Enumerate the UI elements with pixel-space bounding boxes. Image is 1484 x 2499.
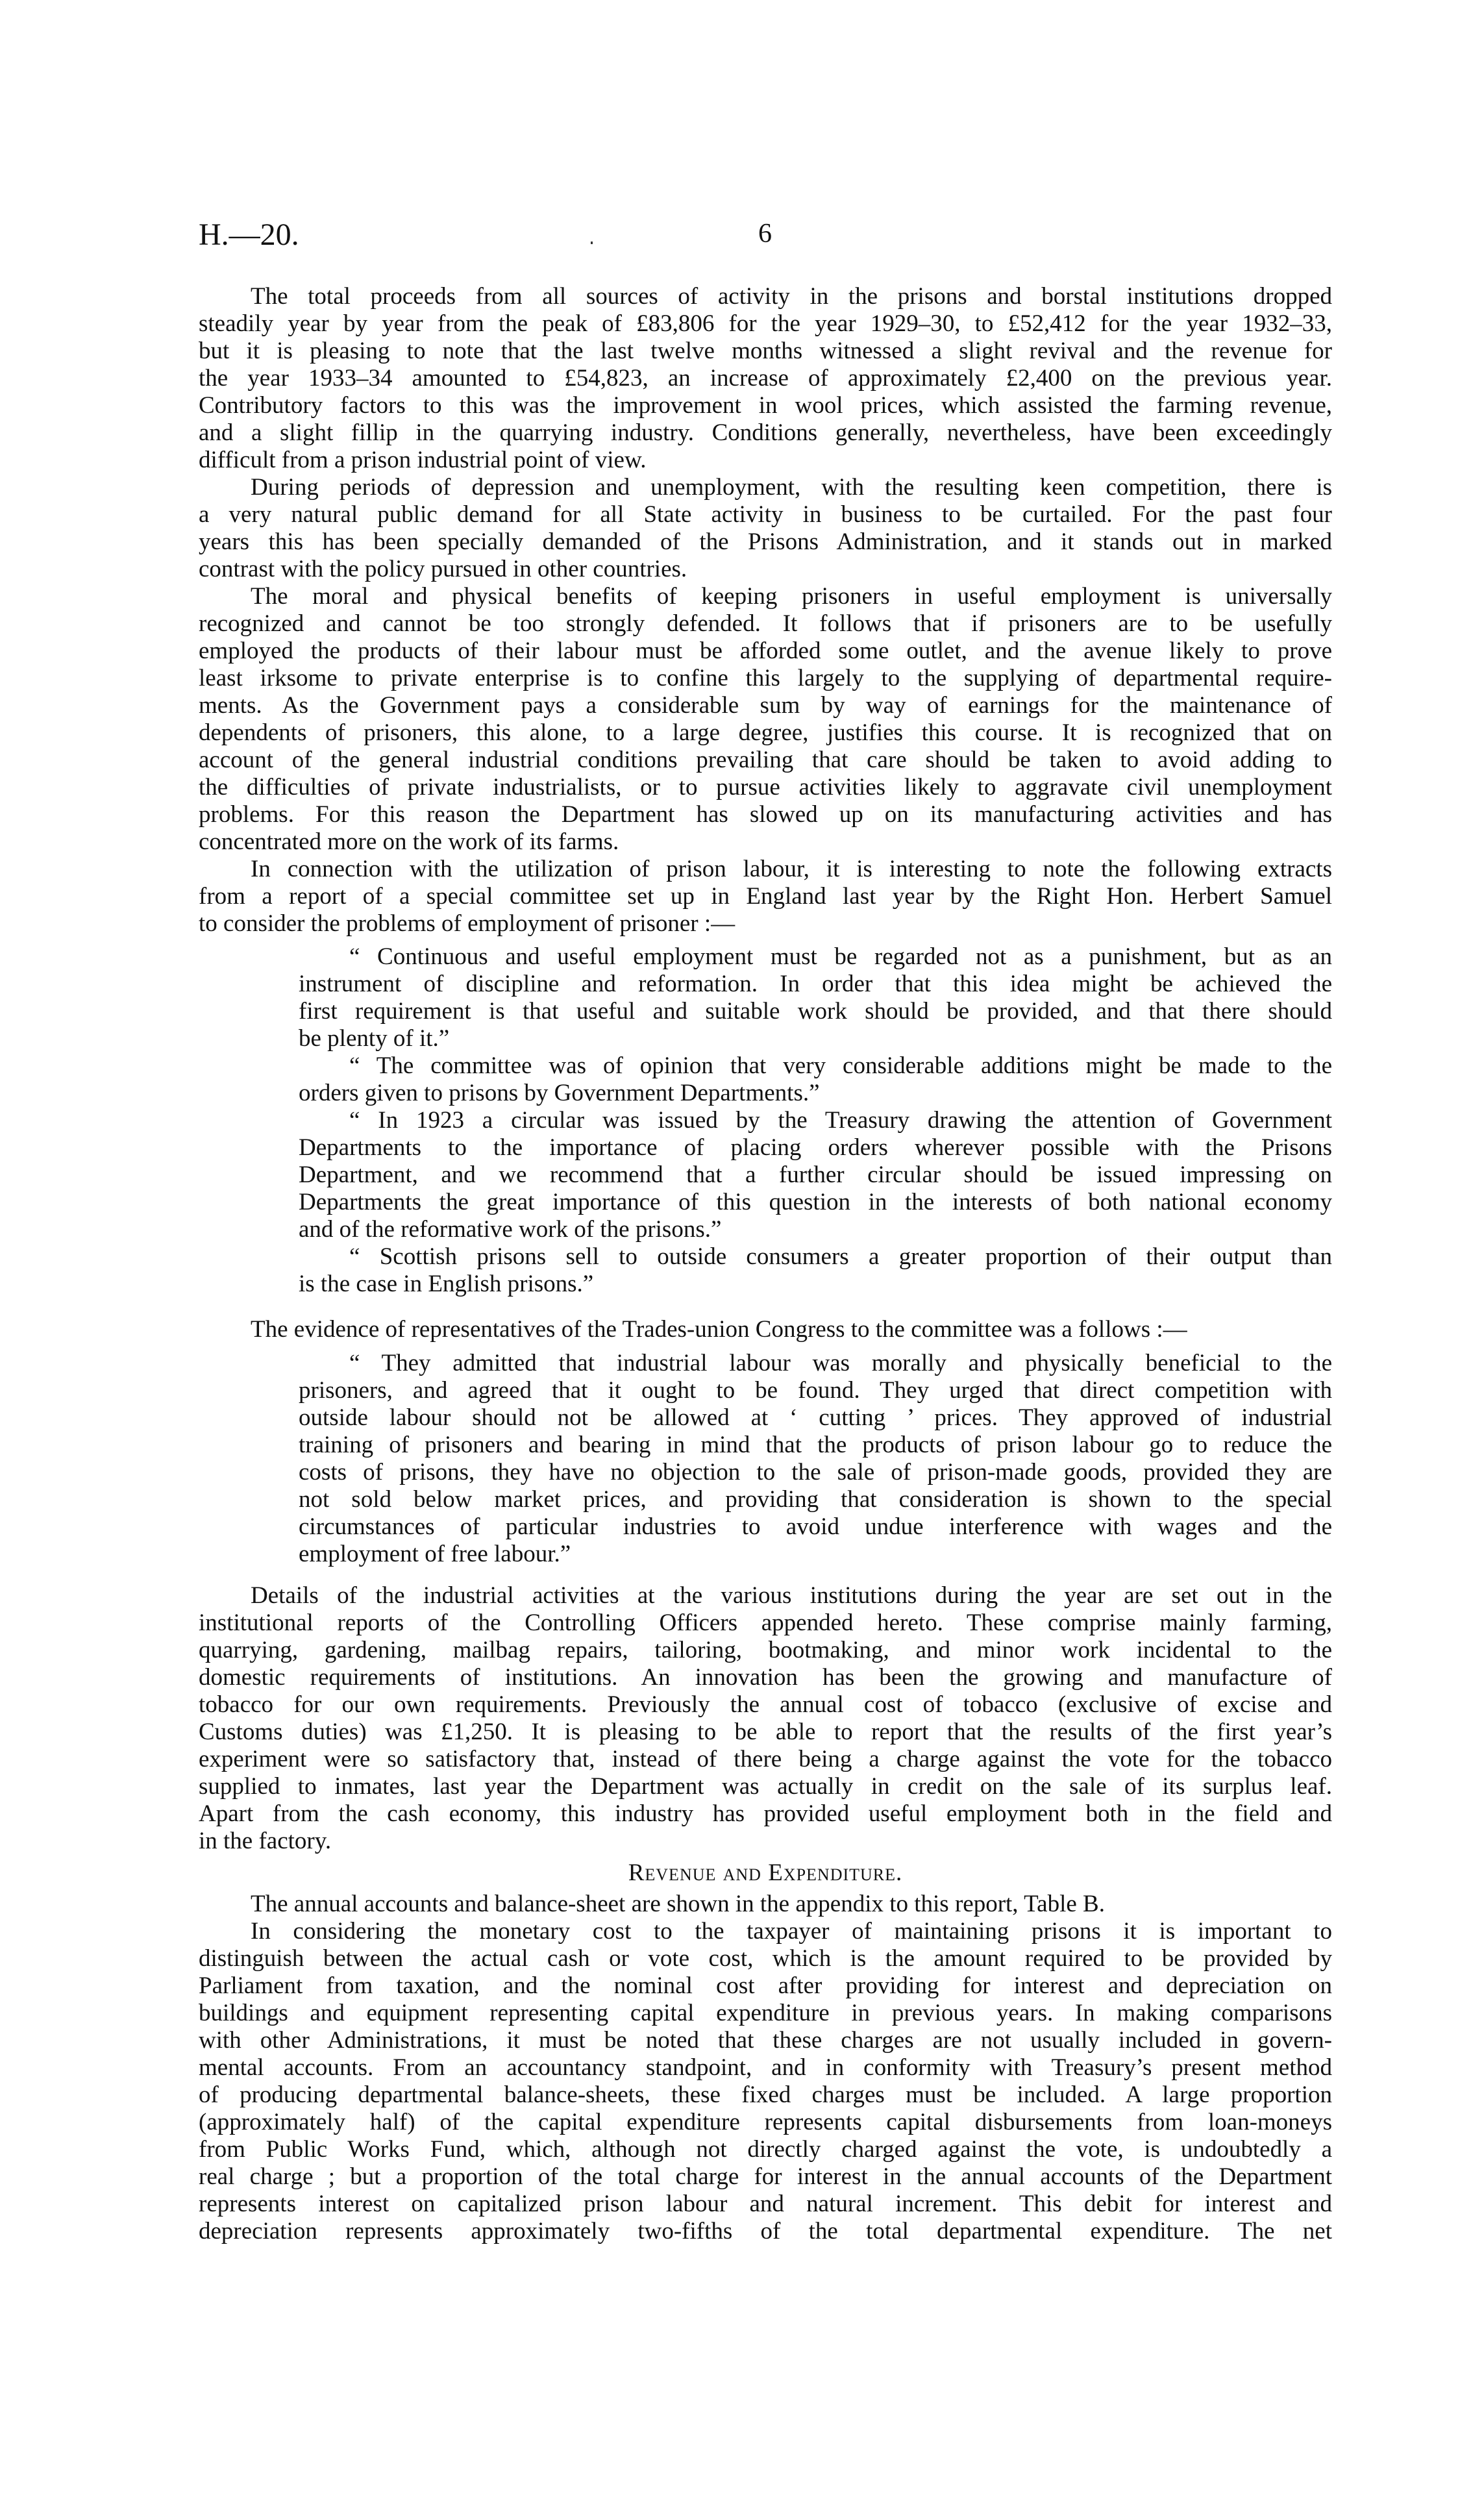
paragraph-proceeds: The total proceeds from all sources of a… <box>199 283 1332 474</box>
blockquote-committee-opinion: “ The committee was of opinion that very… <box>299 1052 1332 1107</box>
text-line: problems. For this reason the Department… <box>199 801 1332 828</box>
paragraph-prison-labour: In connection with the utilization of pr… <box>199 856 1332 938</box>
text-line: supplied to inmates, last year the Depar… <box>199 1773 1332 1800</box>
text-line: The annual accounts and balance-sheet ar… <box>199 1891 1332 1918</box>
text-line: training of prisoners and bearing in min… <box>299 1432 1332 1459</box>
text-line: recognized and cannot be too strongly de… <box>199 610 1332 638</box>
text-line: employed the products of their labour mu… <box>199 638 1332 665</box>
text-line: orders given to prisons by Government De… <box>299 1080 1332 1107</box>
paragraph-monetary-cost: In considering the monetary cost to the … <box>199 1918 1332 2245</box>
text-line: of producing departmental balance-sheets… <box>199 2082 1332 2109</box>
text-line: depreciation represents approximately tw… <box>199 2218 1332 2245</box>
text-line: contrast with the policy pursued in othe… <box>199 556 1332 583</box>
text-line: in the factory. <box>199 1828 1332 1855</box>
text-line: not sold below market prices, and provid… <box>299 1486 1332 1513</box>
text-line: steadily year by year from the peak of £… <box>199 310 1332 338</box>
print-speck <box>591 242 593 244</box>
blockquote-trades-union: “ They admitted that industrial labour w… <box>299 1350 1332 1568</box>
text-line: The moral and physical benefits of keepi… <box>199 583 1332 610</box>
text-line: “ The committee was of opinion that very… <box>299 1052 1332 1080</box>
text-line: represents interest on capitalized priso… <box>199 2191 1332 2218</box>
paragraph-annual-accounts: The annual accounts and balance-sheet ar… <box>199 1891 1332 1918</box>
text-line: Apart from the cash economy, this indust… <box>199 1800 1332 1828</box>
page-header: H.—20. 6 <box>199 219 1332 252</box>
text-line: Departments the great importance of this… <box>299 1189 1332 1216</box>
text-line: In connection with the utilization of pr… <box>199 856 1332 883</box>
text-line: experiment were so satisfactory that, in… <box>199 1746 1332 1773</box>
text-line: account of the general industrial condit… <box>199 747 1332 774</box>
text-line: first requirement is that useful and sui… <box>299 998 1332 1025</box>
blockquote-continuous-employment: “ Continuous and useful employment must … <box>299 943 1332 1052</box>
text-line: “ Continuous and useful employment must … <box>299 943 1332 971</box>
text-line: “ In 1923 a circular was issued by the T… <box>299 1107 1332 1134</box>
text-line: Contributory factors to this was the imp… <box>199 392 1332 419</box>
blockquote-scottish-prisons: “ Scottish prisons sell to outside consu… <box>299 1243 1332 1298</box>
text-line: costs of prisons, they have no objection… <box>299 1459 1332 1486</box>
text-line: and of the reformative work of the priso… <box>299 1216 1332 1243</box>
text-line: buildings and equipment representing cap… <box>199 2000 1332 2027</box>
text-line: instrument of discipline and reformation… <box>299 971 1332 998</box>
paragraph-trades-union-evidence: The evidence of representatives of the T… <box>199 1316 1332 1343</box>
text-line: Details of the industrial activities at … <box>199 1582 1332 1610</box>
text-line: ments. As the Government pays a consider… <box>199 692 1332 719</box>
text-line: real charge ; but a proportion of the to… <box>199 2163 1332 2191</box>
page-number: 6 <box>758 218 772 249</box>
text-line: the difficulties of private industrialis… <box>199 774 1332 801</box>
text-line: “ Scottish prisons sell to outside consu… <box>299 1243 1332 1271</box>
text-line: the year 1933–34 amounted to £54,823, an… <box>199 365 1332 392</box>
text-line: circumstances of particular industries t… <box>299 1513 1332 1541</box>
text-line: “ They admitted that industrial labour w… <box>299 1350 1332 1377</box>
text-line: is the case in English prisons.” <box>299 1271 1332 1298</box>
text-line: and a slight fillip in the quarrying ind… <box>199 419 1332 447</box>
section-heading: Revenue and Expenditure. <box>199 1859 1332 1887</box>
text-line: distinguish between the actual cash or v… <box>199 1945 1332 1972</box>
report-code: H.—20. <box>199 219 299 251</box>
text-line: domestic requirements of institutions. A… <box>199 1664 1332 1691</box>
text-line: tobacco for our own requirements. Previo… <box>199 1691 1332 1719</box>
text-line: a very natural public demand for all Sta… <box>199 501 1332 528</box>
text-line: but it is pleasing to note that the last… <box>199 338 1332 365</box>
text-line: difficult from a prison industrial point… <box>199 447 1332 474</box>
text-line: outside labour should not be allowed at … <box>299 1404 1332 1432</box>
text-line: quarrying, gardening, mailbag repairs, t… <box>199 1637 1332 1664</box>
text-line: In considering the monetary cost to the … <box>199 1918 1332 1945</box>
text-line: During periods of depression and unemplo… <box>199 474 1332 501</box>
text-line: dependents of prisoners, this alone, to … <box>199 719 1332 747</box>
text-line: institutional reports of the Controlling… <box>199 1610 1332 1637</box>
text-line: Parliament from taxation, and the nomina… <box>199 1972 1332 2000</box>
paragraph-industrial-activities: Details of the industrial activities at … <box>199 1582 1332 1855</box>
text-line: to consider the problems of employment o… <box>199 910 1332 938</box>
text-line: Departments to the importance of placing… <box>299 1134 1332 1162</box>
text-line: prisoners, and agreed that it ought to b… <box>299 1377 1332 1404</box>
text-line: Customs duties) was £1,250. It is pleasi… <box>199 1719 1332 1746</box>
text-line: employment of free labour.” <box>299 1541 1332 1568</box>
paragraph-depression: During periods of depression and unemplo… <box>199 474 1332 583</box>
text-line: least irksome to private enterprise is t… <box>199 665 1332 692</box>
body-column: The total proceeds from all sources of a… <box>199 283 1332 2245</box>
text-line: years this has been specially demanded o… <box>199 528 1332 556</box>
text-line: be plenty of it.” <box>299 1025 1332 1052</box>
text-line: from a report of a special committee set… <box>199 883 1332 910</box>
text-line: from Public Works Fund, which, although … <box>199 2136 1332 2163</box>
paragraph-moral-benefits: The moral and physical benefits of keepi… <box>199 583 1332 856</box>
text-line: concentrated more on the work of its far… <box>199 828 1332 856</box>
text-line: Department, and we recommend that a furt… <box>299 1162 1332 1189</box>
text-line: mental accounts. From an accountancy sta… <box>199 2054 1332 2082</box>
text-line: The total proceeds from all sources of a… <box>199 283 1332 310</box>
text-line: (approximately half) of the capital expe… <box>199 2109 1332 2136</box>
blockquote-treasury-circular: “ In 1923 a circular was issued by the T… <box>299 1107 1332 1243</box>
text-line: The evidence of representatives of the T… <box>199 1316 1332 1343</box>
text-line: with other Administrations, it must be n… <box>199 2027 1332 2054</box>
